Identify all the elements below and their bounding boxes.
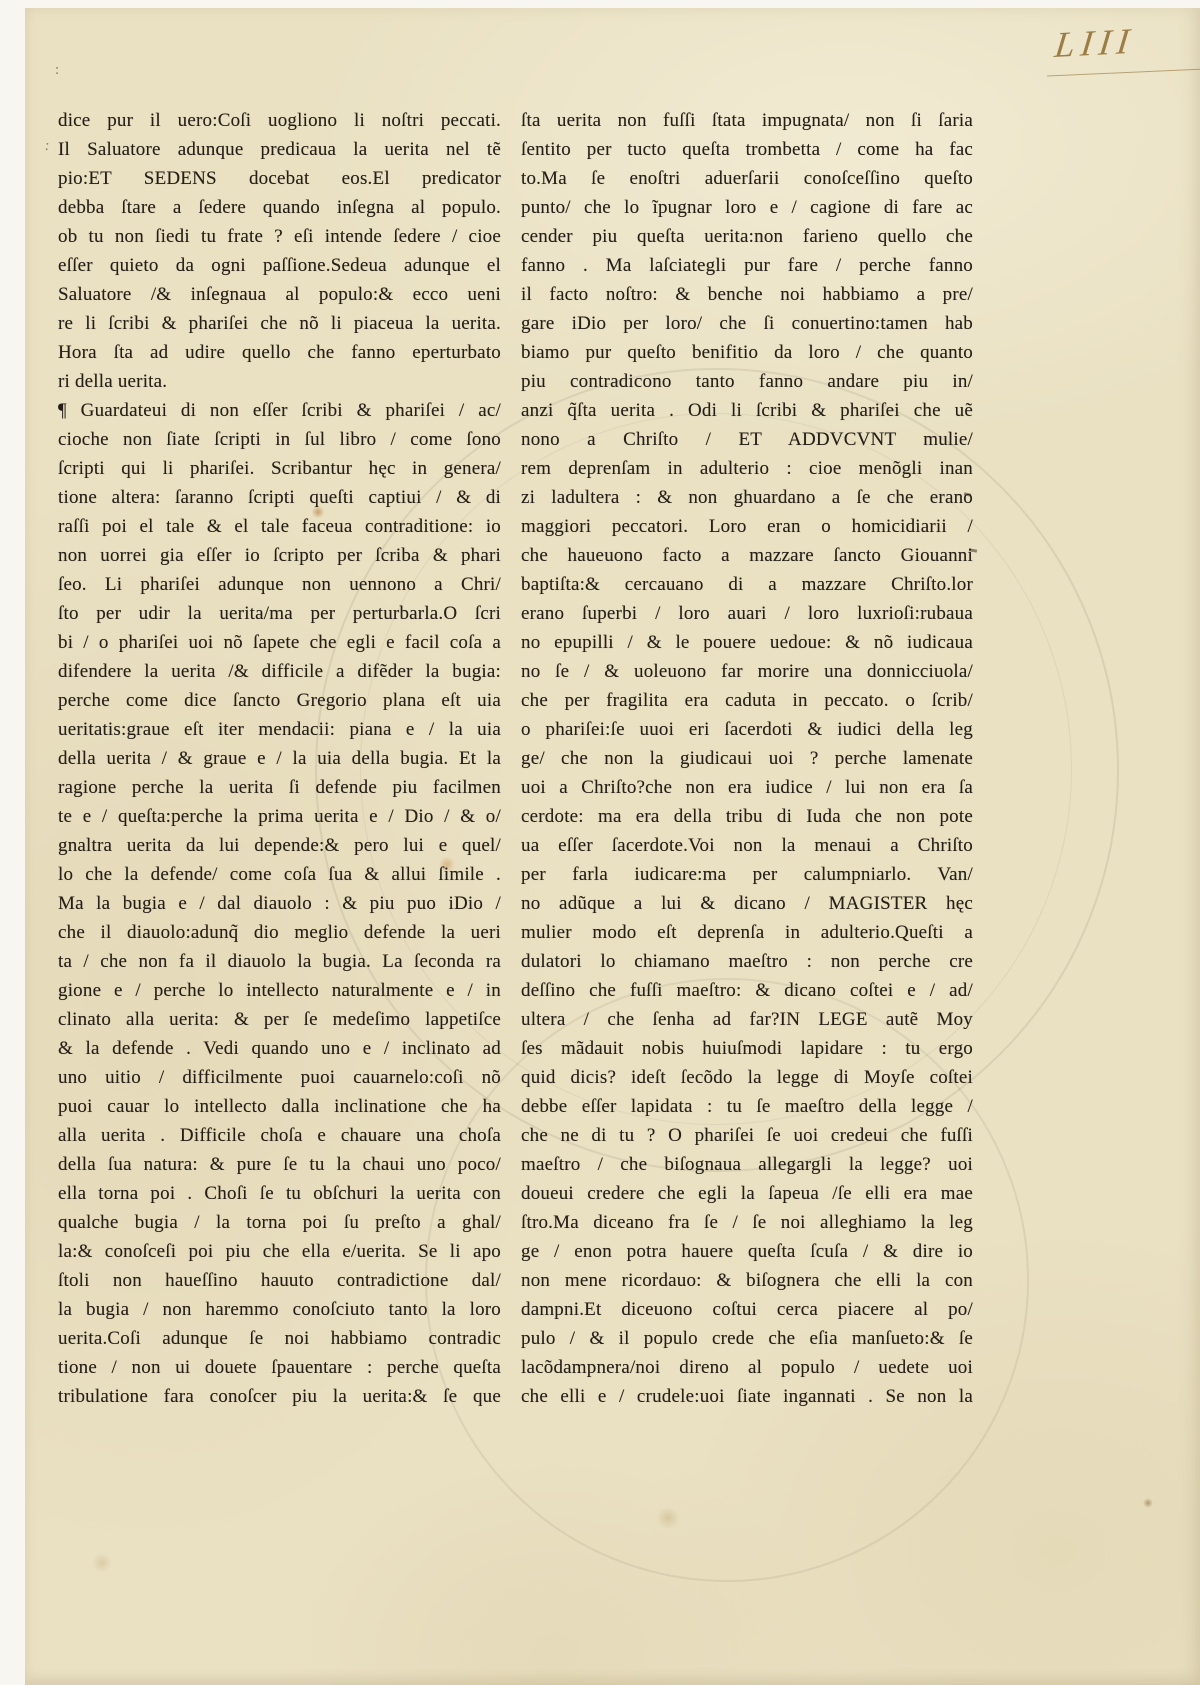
- left-text-column: dice pur il uero:Coſi uogliono li noſtri…: [58, 106, 501, 1411]
- text-line: ¶ Guardateui di non eſſer ſcribi & phari…: [58, 396, 501, 425]
- text-line: per farla iudicare:ma per calumpniarlo. …: [521, 860, 973, 889]
- text-line: uno uitio / difficilmente puoi cauarnelo…: [58, 1063, 501, 1092]
- text-line: che per fragilita era caduta in peccato.…: [521, 686, 973, 715]
- text-line: uoi a Chriſto?che non era iudice / lui n…: [521, 773, 973, 802]
- text-line: della uerita / & graue e / la uia della …: [58, 744, 501, 773]
- text-line: gione e / perche lo intellecto naturalme…: [58, 976, 501, 1005]
- text-line: cioche non ſiate ſcripti in ſul libro / …: [58, 425, 501, 454]
- text-line: la bugia / non haremmo conoſciuto tanto …: [58, 1295, 501, 1324]
- text-line: to.Ma ſe enoſtri aduerſarii conoſceſſino…: [521, 164, 973, 193]
- foxing-stain: [91, 1554, 113, 1572]
- right-text-column: ſta uerita non fuſſi ſtata impugnata/ no…: [521, 106, 973, 1411]
- book-page: : : LIII dice pur il uero:Coſi uogliono …: [25, 8, 1200, 1685]
- text-line: ſtro.Ma diceano fra ſe / ſe noi alleghia…: [521, 1208, 973, 1237]
- folio-number-handwritten: LIII: [1053, 16, 1200, 66]
- text-line: re li ſcribi & phariſei che nõ li piaceu…: [58, 309, 501, 338]
- text-line: ta / che non fa il diauolo la bugia. La …: [58, 947, 501, 976]
- text-line: ſentito per tucto queſta trombetta / com…: [521, 135, 973, 164]
- folio-underline-stroke: [1047, 69, 1200, 77]
- text-line: mulier modo eſt deprenſa in adulterio.Qu…: [521, 918, 973, 947]
- foxing-stain: [655, 1508, 681, 1528]
- text-line: che il diauolo:adunq̃ dio meglio defende…: [58, 918, 501, 947]
- text-line: Il Saluatore adunque predicaua la uerita…: [58, 135, 501, 164]
- text-line: raſſi poi el tale & el tale faceua contr…: [58, 512, 501, 541]
- text-line: clinato alla uerita: & per ſe medeſimo l…: [58, 1005, 501, 1034]
- text-line: no adũque a lui & dicano / MAGISTER hęc: [521, 889, 973, 918]
- text-line: ge/ che non la giudicaui uoi ? perche la…: [521, 744, 973, 773]
- text-line: perche come dice ſancto Gregorio plana e…: [58, 686, 501, 715]
- text-line: no epupilli / & le pouere uedoue: & nõ i…: [521, 628, 973, 657]
- text-line: lo che la defende/ come coſa ſua & allui…: [58, 860, 501, 889]
- text-line: pulo / & il populo crede che eſia manſue…: [521, 1324, 973, 1353]
- text-line: tribulatione fara conoſcer piu la uerita…: [58, 1382, 501, 1411]
- text-line: ob tu non ſiedi tu frate ? eſi intende ſ…: [58, 222, 501, 251]
- text-line: bi / o phariſei uoi nõ ſapete che egli e…: [58, 628, 501, 657]
- text-line: ſes mãdauit nobis huiuſmodi lapidare : t…: [521, 1034, 973, 1063]
- text-line: doueui credere che egli la ſapeua /ſe el…: [521, 1179, 973, 1208]
- text-line: non uorrei gia eſſer io ſcripto per ſcri…: [58, 541, 501, 570]
- text-line: punto/ che lo ĩpugnar loro e / cagione d…: [521, 193, 973, 222]
- text-line: tione / non ui douete ſpauentare : perch…: [58, 1353, 501, 1382]
- text-line: pio:ET SEDENS docebat eos.El predicator: [58, 164, 501, 193]
- text-line: maggiori peccatori. Loro eran o homicidi…: [521, 512, 973, 541]
- text-line: nono a Chriſto / ET ADDVCVNT mulie/: [521, 425, 973, 454]
- text-line: ragione perche la uerita ſi defende piu …: [58, 773, 501, 802]
- text-line: qualche bugia / la torna poi ſu preſto a…: [58, 1208, 501, 1237]
- text-line: gnaltra uerita da lui depende:& pero lui…: [58, 831, 501, 860]
- text-line: gare iDio per loro/ che ſi conuertino:ta…: [521, 309, 973, 338]
- foxing-stain: [1143, 1498, 1153, 1508]
- text-line: che haueuono facto a mazzare ſancto Giou…: [521, 541, 973, 570]
- text-line: dulatori lo chiamano maeſtro : non perch…: [521, 947, 973, 976]
- text-line: o phariſei:ſe uuoi eri ſacerdoti & iudic…: [521, 715, 973, 744]
- margin-ink-mark: :: [44, 138, 51, 156]
- text-line: baptiſta:& cercauano di a mazzare Chriſt…: [521, 570, 973, 599]
- text-line: biamo pur queſto benifitio da loro / che…: [521, 338, 973, 367]
- text-line: Saluatore /& inſegnaua al populo:& ecco …: [58, 280, 501, 309]
- text-line: ua eſſer ſacerdote.Voi non la menaui a C…: [521, 831, 973, 860]
- text-line: deſſino che fuſſi maeſtro: & dicano coſt…: [521, 976, 973, 1005]
- text-line: uerita.Coſi adunque ſe noi habbiamo cont…: [58, 1324, 501, 1353]
- margin-ink-mark: :: [55, 62, 60, 79]
- text-line: ueritatis:graue eſt iter mendacii: piana…: [58, 715, 501, 744]
- text-line: zi ladultera : & non ghuardano a ſe che …: [521, 483, 973, 512]
- text-line: anzi q̃ſta uerita . Odi li ſcribi & phar…: [521, 396, 973, 425]
- text-line: ſta uerita non fuſſi ſtata impugnata/ no…: [521, 106, 973, 135]
- text-line: che elli e / crudele:uoi ſiate ingannati…: [521, 1382, 973, 1411]
- text-line: Hora ſta ad udire quello che fanno epert…: [58, 338, 501, 367]
- text-line: cender piu queſta uerita:non farieno que…: [521, 222, 973, 251]
- text-line: la:& conoſceſi poi piu che ella e/uerita…: [58, 1237, 501, 1266]
- text-line: te e / queſta:perche la prima uerita e /…: [58, 802, 501, 831]
- text-line: difendere la uerita /& difficile a difẽd…: [58, 657, 501, 686]
- text-line: ſcripti qui li phariſei. Scribantur hęc …: [58, 454, 501, 483]
- text-line: maeſtro / che biſognaua allegargli la le…: [521, 1150, 973, 1179]
- text-line: ultera / che ſenha ad far?IN LEGE autẽ M…: [521, 1005, 973, 1034]
- text-line: il facto noſtro: & benche noi habbiamo a…: [521, 280, 973, 309]
- text-line: che ne di tu ? O phariſei ſe uoi credeui…: [521, 1121, 973, 1150]
- text-line: lacõdampnera/noi direno al populo / uede…: [521, 1353, 973, 1382]
- text-line: dice pur il uero:Coſi uogliono li noſtri…: [58, 106, 501, 135]
- text-line: della ſua natura: & pure ſe tu la chaui …: [58, 1150, 501, 1179]
- text-line: ſto per udir la uerita/ma per perturbarl…: [58, 599, 501, 628]
- text-line: tione altera: ſaranno ſcripti queſti cap…: [58, 483, 501, 512]
- text-line: debba ſtare a ſedere quando inſegna al p…: [58, 193, 501, 222]
- text-line: debbe eſſer lapidata : tu ſe maeſtro del…: [521, 1092, 973, 1121]
- text-line: dampni.Et diceuono coſtui cerca piacere …: [521, 1295, 973, 1324]
- text-line: ge / enon potra hauere queſta ſcuſa / & …: [521, 1237, 973, 1266]
- text-line: non mene ricordauo: & biſognera che elli…: [521, 1266, 973, 1295]
- text-line: alla uerita . Difficile choſa e chauare …: [58, 1121, 501, 1150]
- text-line: no ſe / & uoleuono far morire una donnic…: [521, 657, 973, 686]
- text-line: ſeo. Li phariſei adunque non uennono a C…: [58, 570, 501, 599]
- text-line: ella torna poi . Choſi ſe tu obſchuri la…: [58, 1179, 501, 1208]
- text-line: ſtoli non haueſſino hauuto contradiction…: [58, 1266, 501, 1295]
- text-line: fanno . Ma laſciategli pur fare / perche…: [521, 251, 973, 280]
- text-line: cerdote: ma era della tribu di Iuda che …: [521, 802, 973, 831]
- text-line: & la defende . Vedi quando uno e / incli…: [58, 1034, 501, 1063]
- text-line: quid dicis? ideſt ſecõdo la legge di Moy…: [521, 1063, 973, 1092]
- text-line: puoi cauar lo intellecto dalla inclinati…: [58, 1092, 501, 1121]
- text-line: erano ſuperbi / loro auari / loro luxrio…: [521, 599, 973, 628]
- text-line: eſſer quieto da ogni paſſione.Sedeua adu…: [58, 251, 501, 280]
- text-line: piu contradicono tanto fanno andare piu …: [521, 367, 973, 396]
- text-line: rem deprenſam in adulterio : cioe menõgl…: [521, 454, 973, 483]
- text-line: ri della uerita.: [58, 367, 501, 396]
- text-line: Ma la bugia e / dal diauolo : & piu puo …: [58, 889, 501, 918]
